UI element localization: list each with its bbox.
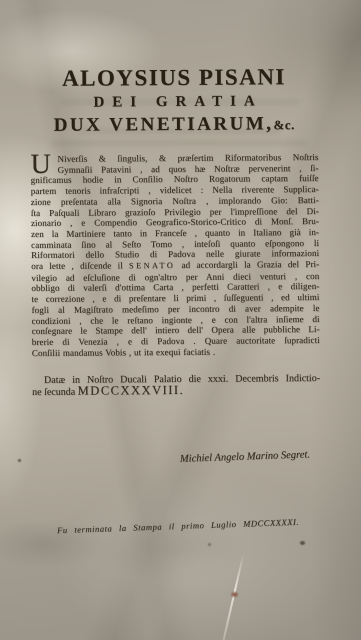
- ducal-title-line1: ALOYSIUS PISANI: [30, 65, 318, 90]
- ducal-title-line3-etc: &c.: [273, 117, 294, 132]
- dateline: Datæ in Noſtro Ducali Palatio die xxxi. …: [32, 373, 320, 398]
- senato-word: SENATO: [129, 261, 175, 270]
- dateline-year-numeral: MDCCXXXVIII.: [78, 383, 185, 398]
- ducal-title-line3: DUX VENETIARUM,&c.: [30, 114, 318, 135]
- ink-speck: [18, 459, 21, 462]
- secretary-signature: Michiel Angelo Marino Segret.: [158, 449, 310, 465]
- ducal-title-line2: DEI GRATIA: [30, 94, 318, 111]
- dateline-line2: ne ſecunda MDCCXXXVIII.: [32, 384, 320, 398]
- foxing-spot: [230, 591, 239, 598]
- printed-page: ALOYSIUS PISANI DEI GRATIA DUX VENETIARU…: [30, 65, 320, 398]
- body-line: Conſilii mandamus Vobis , ut ita exequi …: [32, 346, 320, 359]
- ducal-title-line3-main: DUX VENETIARUM,: [54, 113, 274, 136]
- body-text: Niverſis & ſingulis, & præſertim Riforma…: [30, 152, 319, 358]
- document-photo: ALOYSIUS PISANI DEI GRATIA DUX VENETIARU…: [0, 0, 361, 640]
- dateline-line2-text: ne ſecunda: [32, 387, 78, 398]
- drop-cap-initial: U: [30, 154, 54, 175]
- colophon-line: Fu terminata la Stampa il primo Luglio M…: [57, 517, 299, 535]
- body-text-wrap: U Niverſis & ſingulis, & præſertim Rifor…: [30, 152, 319, 358]
- ink-speck: [208, 543, 211, 546]
- ink-speck: [300, 541, 305, 545]
- body-line: brerie di Venezia , e di Padova . Quare …: [32, 335, 320, 348]
